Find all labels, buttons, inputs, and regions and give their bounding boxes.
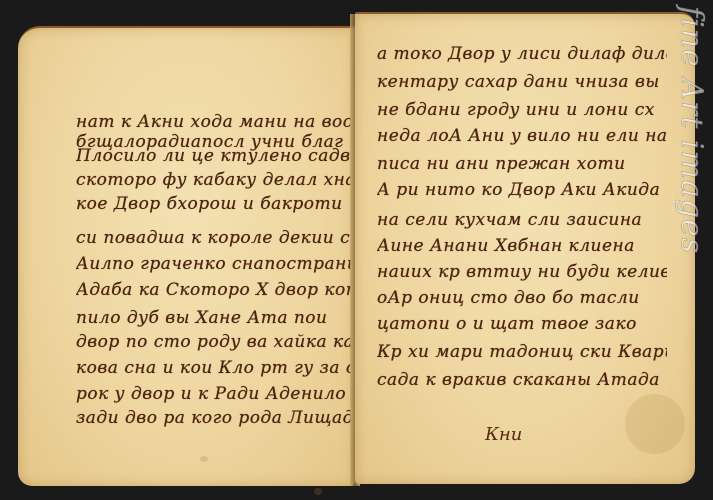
left-manuscript-page: бгщалорадиапосл учни благ нат к Акни ход… [18, 26, 355, 486]
manuscript-line: а токо Двор у лиси дилаф дило [377, 44, 667, 64]
manuscript-line: Кр хи мари тадониц ски Кварь [377, 342, 667, 362]
manuscript-line: цатопи о и щат твое зако [377, 314, 667, 334]
manuscript-line: кое Двор бхорош и бакроти [76, 194, 351, 214]
watermark-text: fine Art images [674, 6, 709, 254]
manuscript-line: сада к вракив скаканы Атада [377, 370, 667, 390]
manuscript-line: Аилпо граченко снапостраниц [76, 254, 351, 274]
manuscript-line: Аине Анани Хвбнан клиена [377, 236, 667, 256]
paper-stain [625, 394, 685, 454]
manuscript-line: Адаба ка Скоторо Х двор кото рот [76, 280, 351, 300]
manuscript-line: си повадша к короле декии сти [76, 228, 351, 248]
manuscript-line: двор по сто роду ва хайка ка [76, 332, 351, 352]
folio-number: Кни [485, 424, 522, 445]
manuscript-line: не бдани гроду ини и лони сх [377, 100, 667, 120]
manuscript-line: кентару сахар дани чниза вы [377, 72, 667, 92]
manuscript-line: наиих кр вттиу ни буди келив [377, 262, 667, 282]
paper-stain [200, 456, 208, 462]
manuscript-line: пиcа ни ани прежан хоти [377, 154, 667, 174]
manuscript-line: зади дво ра кого рода Лищадбо шах [76, 408, 351, 428]
right-manuscript-page: а токо Двор у лиси дилаф дило кентару са… [355, 12, 695, 484]
manuscript-line: неда лоА Ани у вило ни ели нада [377, 126, 667, 146]
manuscript-line: оАр ониц сто дво бо тасли [377, 288, 667, 308]
manuscript-line: пило дуб вы Хане Ата пои [76, 308, 351, 328]
paper-stain [314, 488, 322, 495]
manuscript-line: кова сна и кои Кло рт гу за сто [76, 358, 351, 378]
manuscript-line: А ри нито ко Двор Аки Акида [377, 180, 667, 200]
manuscript-line: Плосило ли це ктулено садво [76, 146, 351, 166]
manuscript-line: нат к Акни хода мани на восиде [76, 112, 351, 132]
manuscript-line: на сели кухчам сли заисина [377, 210, 667, 230]
manuscript-line: рок у двор и к Ради Аденило дапо [76, 384, 351, 404]
manuscript-line: скоторо фу кабаку делал хнаю [76, 170, 351, 190]
